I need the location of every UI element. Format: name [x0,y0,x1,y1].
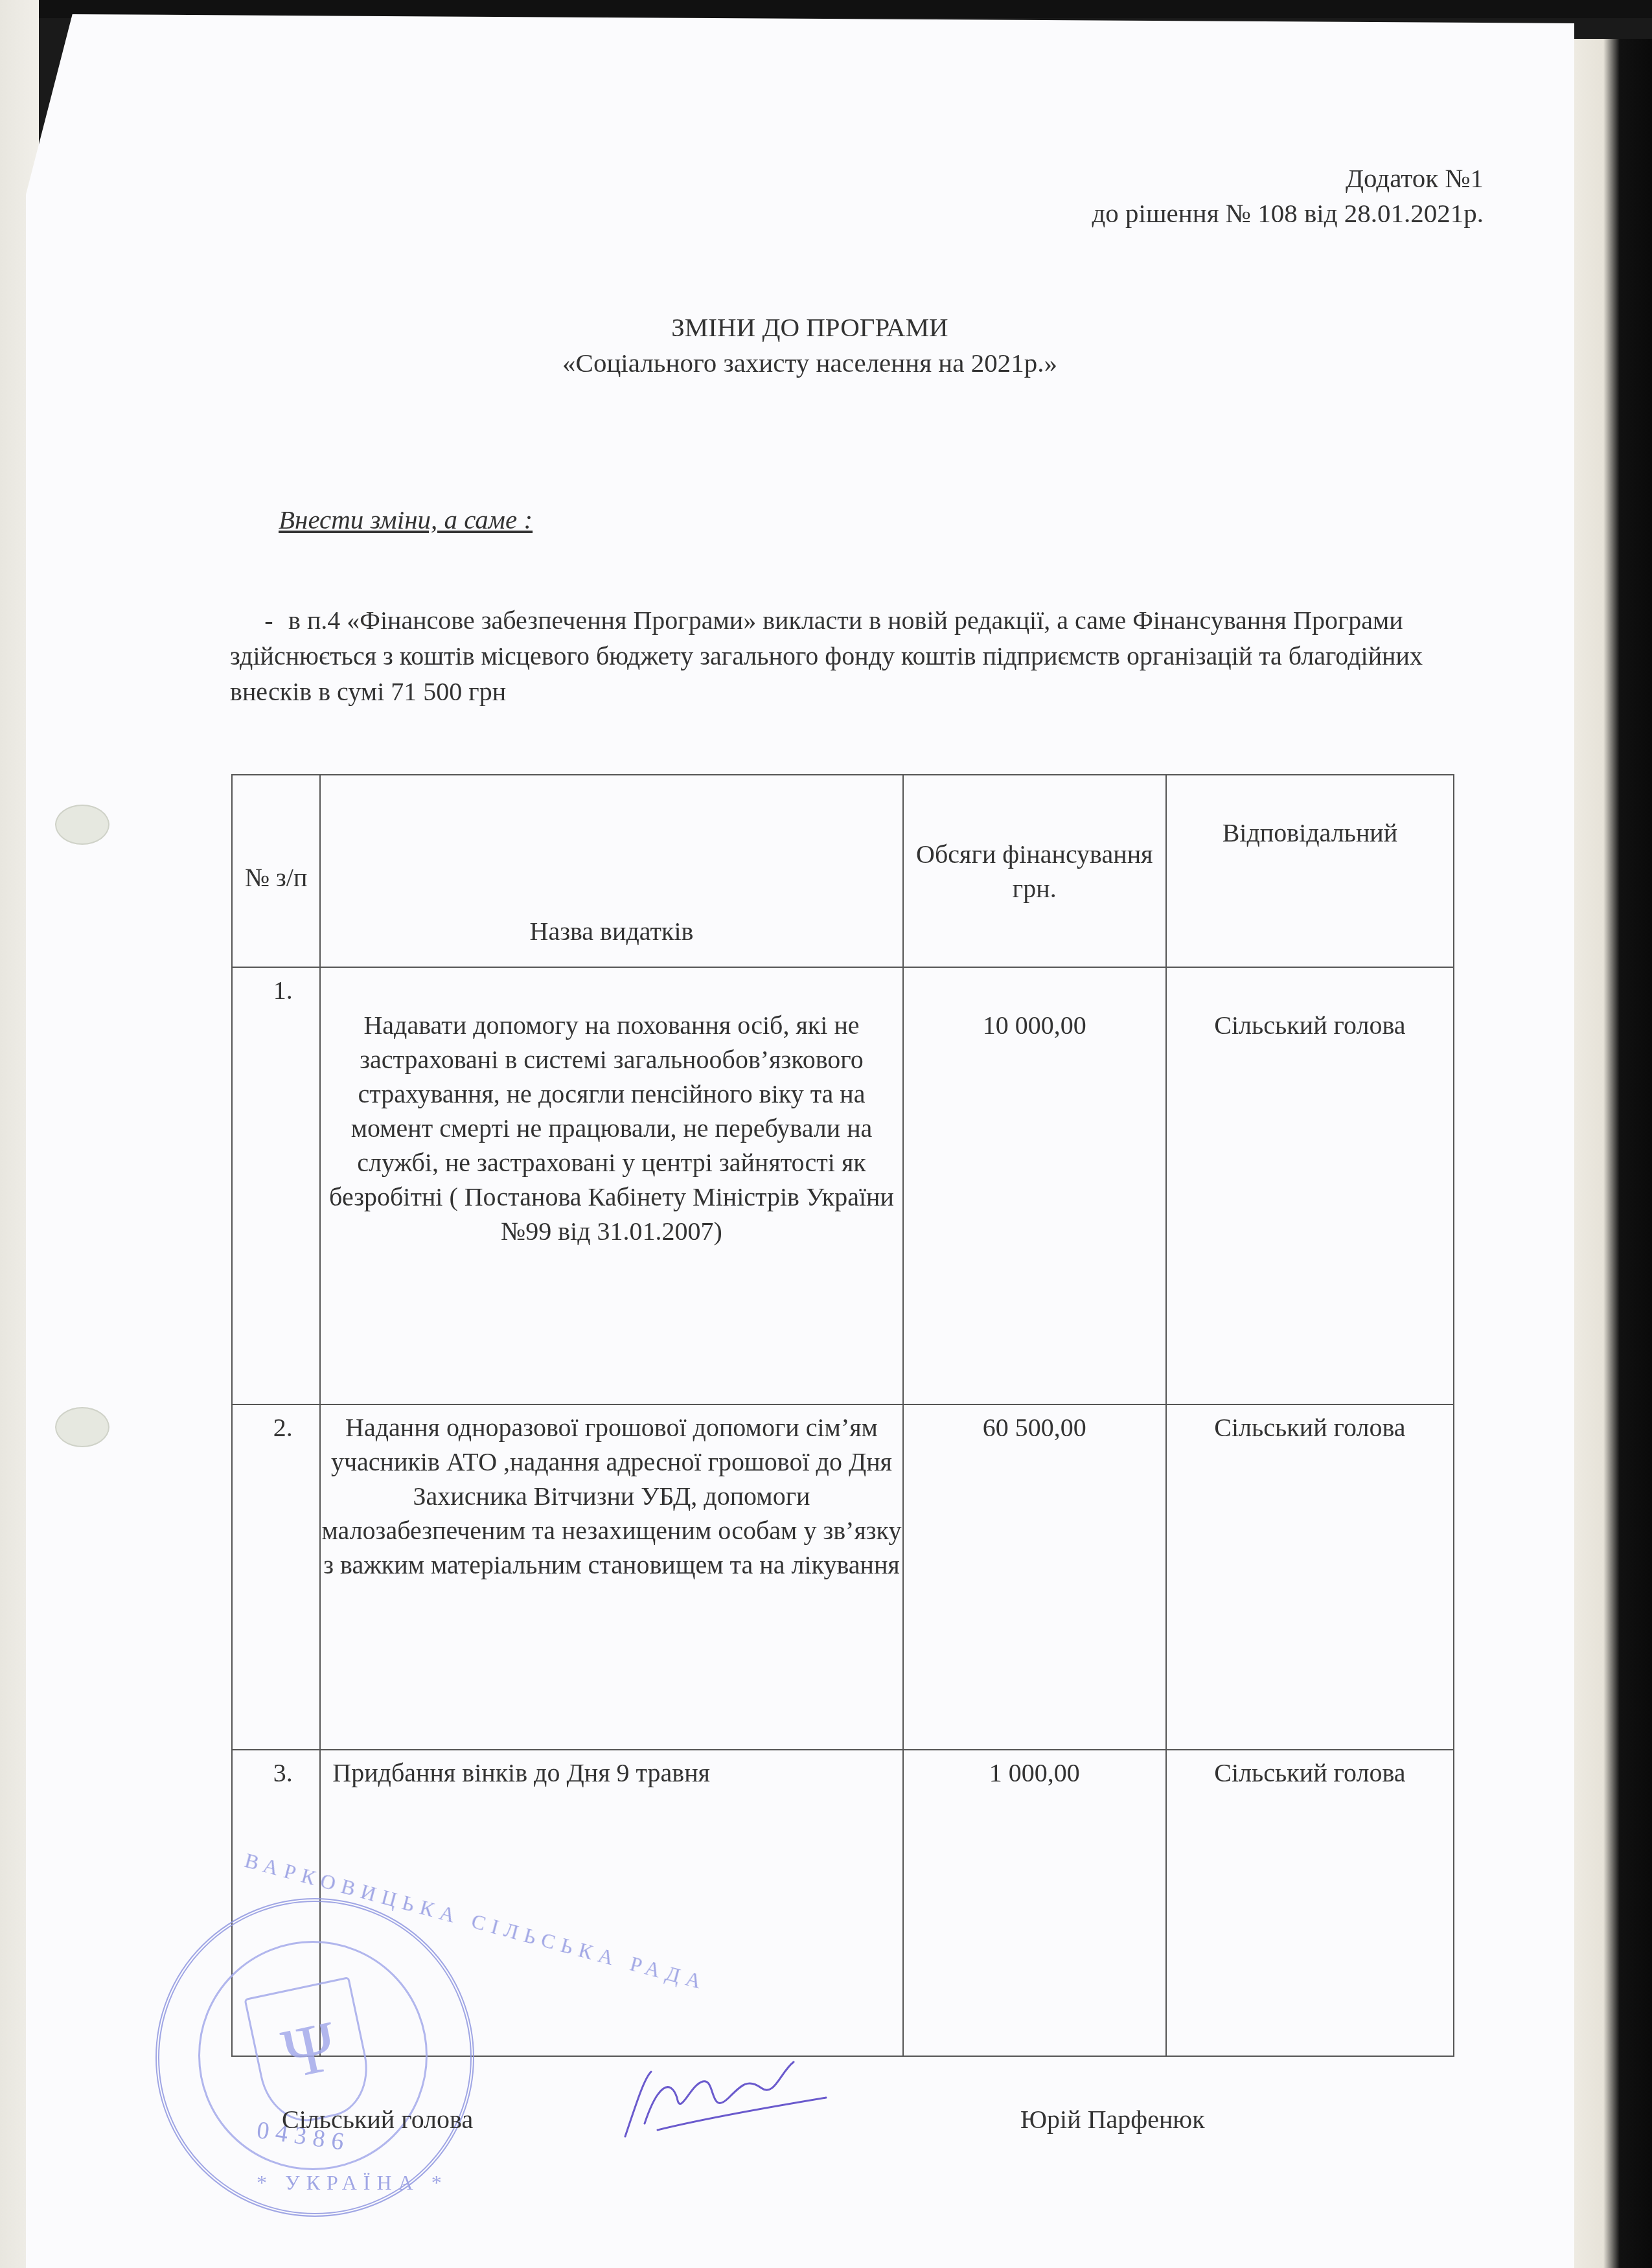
table-header-row: № з/п Назва видатків Обсяги фінансування… [232,775,1454,967]
row-expense-name: Надання одноразової грошової допомоги сі… [320,1404,902,1750]
row-number: 1. [232,967,320,1404]
header-responsible: Відповідальний [1166,775,1454,967]
row-amount: 60 500,00 [903,1404,1166,1750]
scanner-edge-right [1568,39,1652,2268]
amendment-paragraph: -в п.4 «Фінансове забезпечення Програми»… [230,602,1461,709]
title-line-2: «Соціального захисту населення на 2021р.… [389,345,1231,381]
punch-hole-icon [55,805,109,845]
header-expense-name: Назва видатків [320,775,902,967]
row-expense-name: Надавати допомогу на поховання осіб, які… [320,967,902,1404]
row-number: 2. [232,1404,320,1750]
signatory-role: Сільський голова [282,2104,473,2135]
signatory-name: Юрій Парфенюк [1020,2104,1205,2135]
intro-heading: Внести зміни, а саме : [279,504,533,535]
row-responsible: Сільський голова [1166,1750,1454,2056]
row-amount: 1 000,00 [903,1750,1166,2056]
signature-icon [619,2059,832,2143]
appendix-number: Додаток №1 [1092,161,1484,196]
appendix-reference: Додаток №1 до рішення № 108 від 28.01.20… [1092,161,1484,231]
bullet-dash: - [249,602,288,638]
budget-table: № з/п Назва видатків Обсяги фінансування… [231,774,1454,2057]
title-line-1: ЗМІНИ ДО ПРОГРАМИ [389,310,1231,345]
header-number: № з/п [232,775,320,967]
punch-hole-icon [55,1407,109,1447]
row-responsible: Сільський голова [1166,967,1454,1404]
row-responsible: Сільський голова [1166,1404,1454,1750]
row-amount: 10 000,00 [903,967,1166,1404]
official-stamp: Ψ ВАРКОВИЦЬКА СІЛЬСЬКА РАДА 04386 * УКРА… [155,1898,474,2217]
amendment-text: в п.4 «Фінансове забезпечення Програми» … [230,606,1423,706]
stamp-country: * УКРАЇНА * [257,2171,448,2195]
document-title: ЗМІНИ ДО ПРОГРАМИ «Соціального захисту н… [389,310,1231,381]
header-amount: Обсяги фінансування грн. [903,775,1166,967]
table-row: 2. Надання одноразової грошової допомоги… [232,1404,1454,1750]
table-row: 1. Надавати допомогу на поховання осіб, … [232,967,1454,1404]
decision-reference: до рішення № 108 від 28.01.2021р. [1092,196,1484,231]
